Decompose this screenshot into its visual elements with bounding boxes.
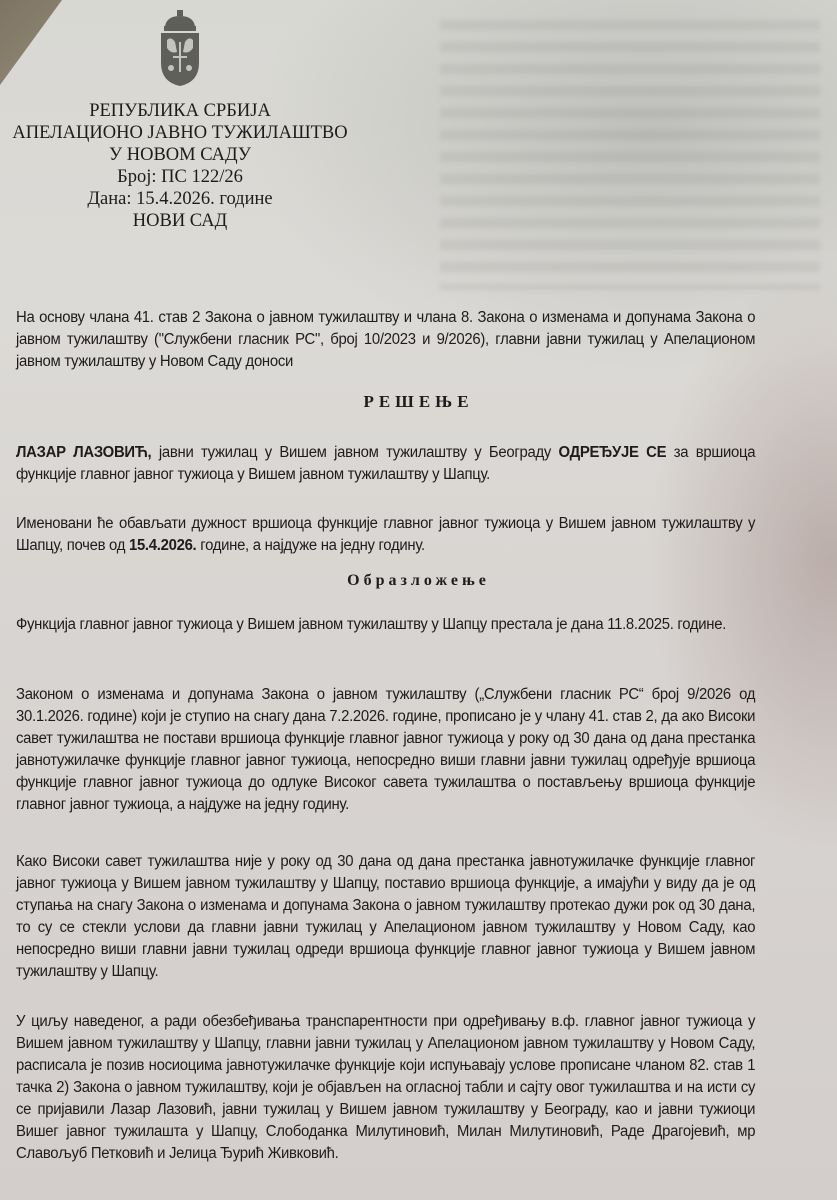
appointee-name: ЛАЗАР ЛАЗОВИЋ, [16, 444, 151, 461]
institution-name: АПЕЛАЦИОНО ЈАВНО ТУЖИЛАШТВО [0, 122, 360, 144]
appointee-position: јавни тужилац у Вишем јавном тужилаштву … [151, 444, 558, 461]
case-number: Број: ПС 122/26 [0, 166, 360, 188]
reasoning-title: Образложење [0, 572, 837, 590]
reasoning-text: У циљу наведеног, а ради обезбеђивања тр… [16, 1011, 755, 1165]
decision-paragraph-2: Именовани ће обављати дужност вршиоца фу… [16, 513, 755, 557]
term-text-end: године, а најдуже на једну годину. [196, 537, 424, 554]
decision-title: РЕШЕЊЕ [0, 392, 837, 412]
serbian-coat-of-arms-icon [155, 8, 205, 88]
decision-paragraph-1: ЛАЗАР ЛАЗОВИЋ, јавни тужилац у Вишем јав… [16, 442, 755, 486]
document-date: Дана: 15.4.2026. године [0, 188, 360, 210]
reasoning-text: Законом о изменама и допунама Закона о ј… [16, 684, 755, 816]
reasoning-text: Функција главног јавног тужиоца у Вишем … [16, 614, 755, 636]
document-page: РЕПУБЛИКА СРБИЈА АПЕЛАЦИОНО ЈАВНО ТУЖИЛА… [0, 0, 837, 1200]
decision-verb: ОДРЕЂУЈЕ СЕ [558, 444, 666, 461]
reasoning-paragraph-4: У циљу наведеног, а ради обезбеђивања тр… [16, 1011, 755, 1165]
republic-name: РЕПУБЛИКА СРБИЈА [0, 100, 360, 122]
term-start-date: 15.4.2026. [129, 537, 196, 554]
city-name: НОВИ САД [0, 210, 360, 232]
reasoning-paragraph-1: Функција главног јавног тужиоца у Вишем … [16, 614, 755, 636]
reasoning-paragraph-3: Како Високи савет тужилаштва није у року… [16, 851, 755, 983]
reasoning-text: Како Високи савет тужилаштва није у року… [16, 851, 755, 983]
reasoning-paragraph-2: Законом о изменама и допунама Закона о ј… [16, 684, 755, 816]
preamble-text: На основу члана 41. став 2 Закона о јавн… [16, 307, 755, 373]
bleed-through-text [440, 20, 820, 290]
institution-location: У НОВОМ САДУ [0, 144, 360, 166]
preamble-block: На основу члана 41. став 2 Закона о јавн… [16, 307, 755, 373]
document-header: РЕПУБЛИКА СРБИЈА АПЕЛАЦИОНО ЈАВНО ТУЖИЛА… [0, 8, 360, 232]
